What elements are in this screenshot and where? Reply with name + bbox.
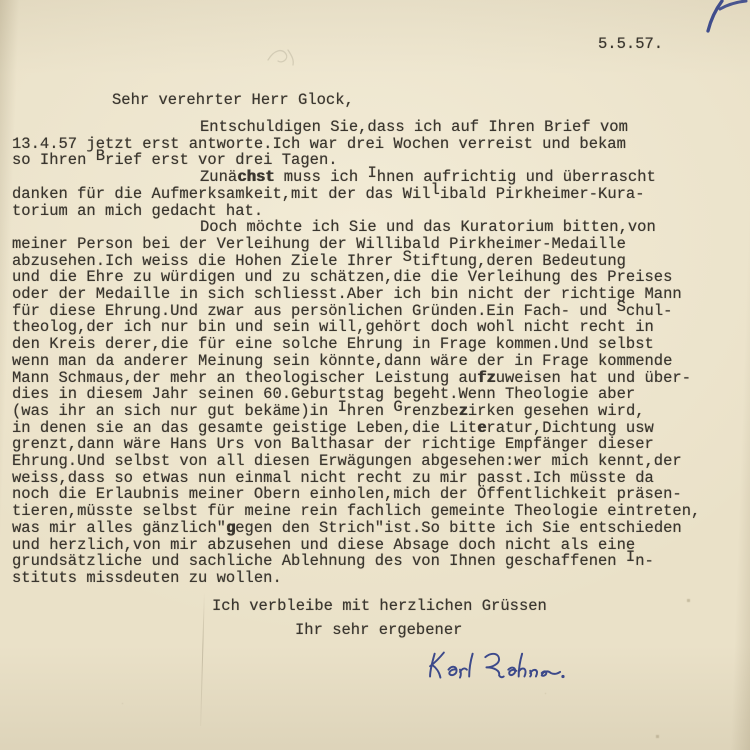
typewritten-line: theolog,der ich nur bin und sein will,ge… <box>12 319 732 336</box>
typewritten-line: was mir alles gänzlich"gegen den Strich"… <box>12 520 732 537</box>
typewritten-line: danken für die Aufmerksamkeit,mit der da… <box>12 186 732 203</box>
typewritten-line: Doch möchte ich Sie und das Kuratorium b… <box>12 219 732 236</box>
typewritten-line: grenzt,dann wäre Hans Urs von Balthasar … <box>12 436 732 453</box>
typewritten-line: und die Ehre zu würdigen und zu schätzen… <box>12 269 732 286</box>
typewritten-line: (was ihr an sich nur gut bekäme)in Ihren… <box>12 403 732 420</box>
typewritten-line: Mann Schmaus,der mehr an theologischer L… <box>12 370 732 387</box>
handwritten-signature <box>422 648 567 689</box>
typewritten-line: meiner Person bei der Verleihung der Wil… <box>12 236 732 253</box>
closing-formula: Ich verbleibe mit herzlichen Grüssen <box>212 598 547 615</box>
typewritten-line: wenn man da anderer Meinung sein könnte,… <box>12 353 732 370</box>
typewritten-line: für diese Ehrung.Und zwar aus persönlich… <box>12 303 732 320</box>
letter-body: Entschuldigen Sie,dass ich auf Ihren Bri… <box>12 119 732 587</box>
typewritten-line: noch die Erlaubnis meiner Obern einholen… <box>12 486 732 503</box>
salutation: Sehr verehrter Herr Glock, <box>112 92 354 109</box>
typewritten-line: Zunächst muss ich Ihnen aufrichtig und ü… <box>12 169 732 186</box>
typewritten-line: den Kreis derer,die für eine solche Ehru… <box>12 336 732 353</box>
paper-specks <box>0 0 1 1</box>
typewritten-line: torium an mich gedacht hat. <box>12 203 732 220</box>
typewritten-line: Entschuldigen Sie,dass ich auf Ihren Bri… <box>12 119 732 136</box>
typewritten-line: grundsätzliche und sachliche Ablehnung d… <box>12 553 732 570</box>
typewritten-line: abzusehen.Ich weiss die Hohen Ziele Ihre… <box>12 253 732 270</box>
typewritten-line: in denen sie an das gesamte geistige Leb… <box>12 420 732 437</box>
typewritten-line: tieren,müsste selbst für meine rein fach… <box>12 503 732 520</box>
typewritten-line: stituts missdeuten zu wollen. <box>12 570 732 587</box>
typewritten-line: dies in diesem Jahr seinen 60.Geburtstag… <box>12 386 732 403</box>
letter-date: 5.5.57. <box>598 36 663 53</box>
typewritten-line: weiss,dass so etwas nun einmal nicht rec… <box>12 470 732 487</box>
typewritten-line: Ehrung.Und selbst von all diesen Erwägun… <box>12 453 732 470</box>
typewritten-line: 13.4.57 jetzt erst antworte.Ich war drei… <box>12 136 732 153</box>
blue-pen-mark-icon <box>690 0 748 34</box>
closing-signoff: Ihr sehr ergebener <box>295 622 462 639</box>
letter-scan-page: 5.5.57. Sehr verehrter Herr Glock, Entsc… <box>0 0 750 750</box>
typewritten-line: und herzlich,von mir abzusehen und diese… <box>12 537 732 554</box>
pencil-smudge-mark <box>264 42 298 68</box>
paper-scratch-line <box>200 592 205 726</box>
